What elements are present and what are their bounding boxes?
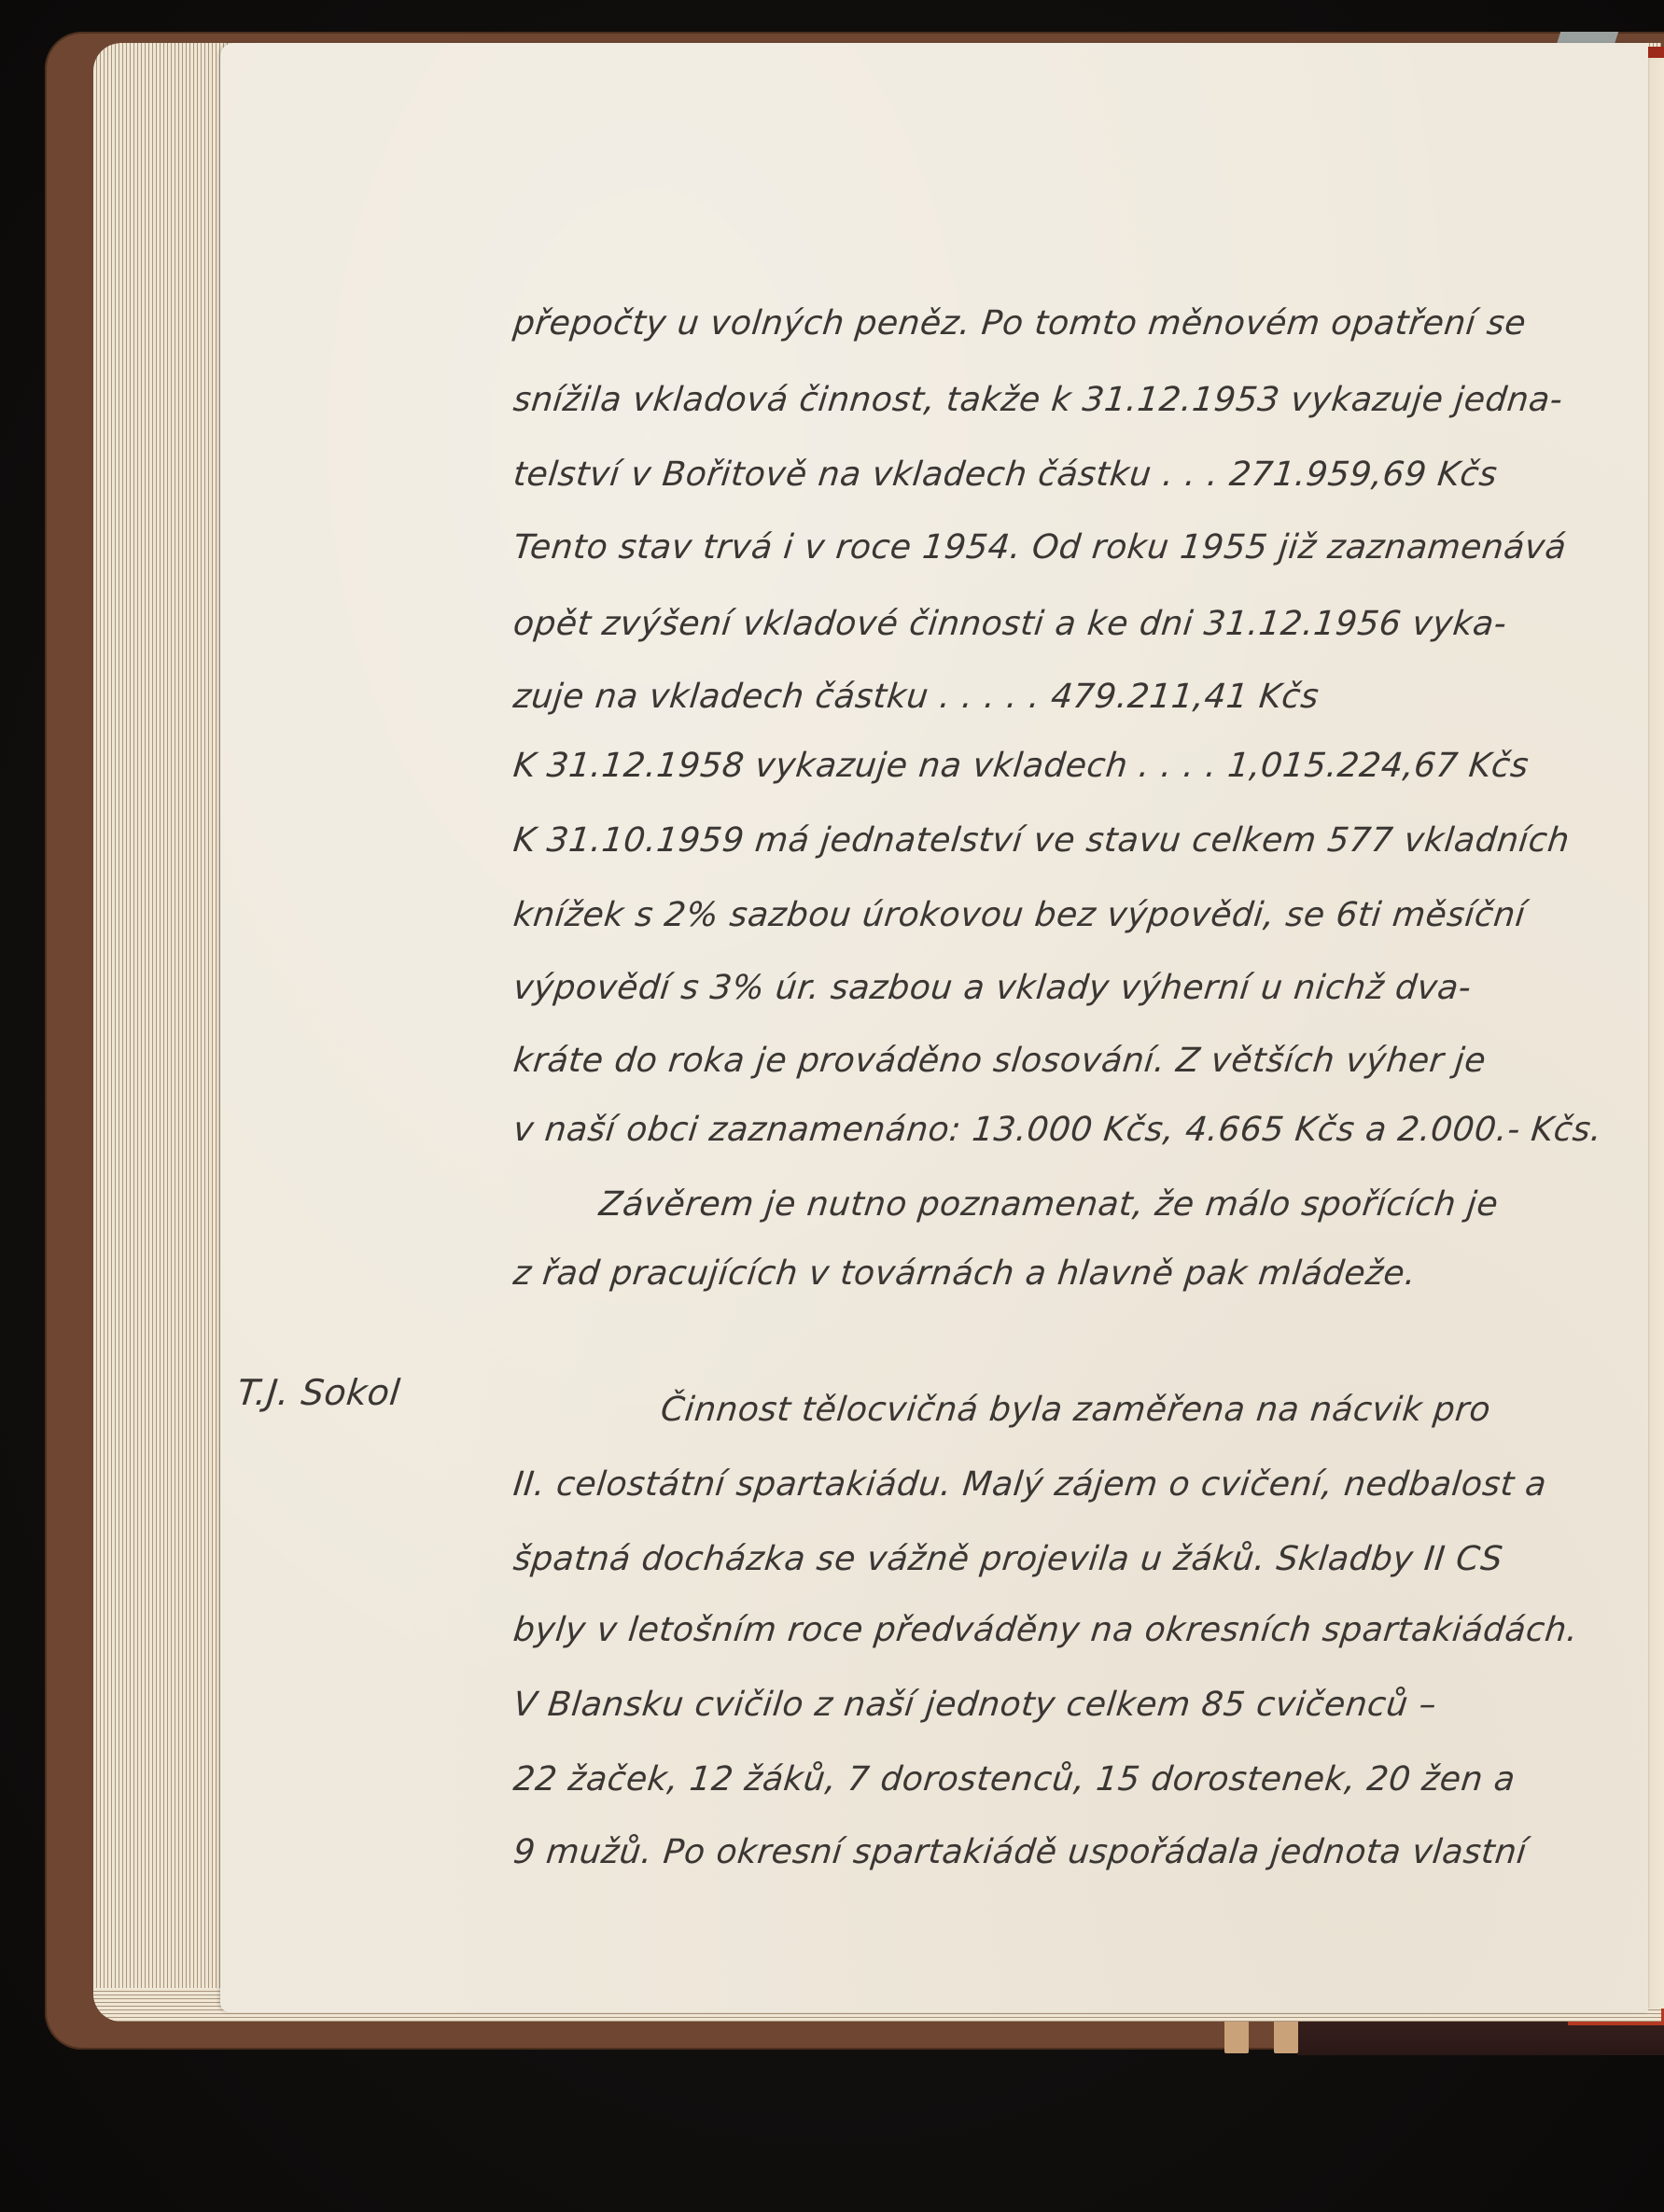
text-line: K 31.10.1959 má jednatelství ve stavu ce… [511,821,1572,860]
text-line: 22 žaček, 12 žáků, 7 dorostenců, 15 doro… [511,1760,1517,1799]
book-photo-scene: přepočty u volných peněz. Po tomto měnov… [0,0,1664,2212]
text-line: V Blansku cvičilo z naší jednoty celkem … [511,1686,1438,1724]
text-line: zuje na vkladech částku . . . . . 479.21… [511,678,1321,716]
text-line: byly v letošním roce předváděny na okres… [511,1611,1580,1649]
text-line: II. celostátní spartakiádu. Malý zájem o… [511,1465,1548,1504]
text-line: v naší obci zaznamenáno: 13.000 Kčs, 4.6… [511,1111,1604,1149]
text-line: knížek s 2% sazbou úrokovou bez výpovědi… [511,896,1527,934]
margin-note-sokol: T.J. Sokol [235,1372,402,1413]
text-line: kráte do roka je prováděno slosování. Z … [511,1042,1488,1080]
text-line: opět zvýšení vkladové činnosti a ke dni … [511,605,1508,643]
text-line: telství v Bořitově na vkladech částku . … [511,455,1499,494]
text-line: výpovědí s 3% úr. sazbou a vklady výhern… [511,969,1474,1007]
text-line: Činnost tělocvičná byla zaměřena na nácv… [659,1391,1492,1429]
text-line: K 31.12.1958 vykazuje na vkladech . . . … [511,747,1531,785]
text-line: Závěrem je nutno poznamenat, že málo spo… [597,1185,1500,1224]
text-line: 9 mužů. Po okresní spartakiádě uspořádal… [511,1833,1529,1871]
text-line: špatná docházka se vážně projevila u žák… [511,1540,1504,1578]
text-line: snížila vkladová činnost, takže k 31.12.… [511,381,1564,419]
text-line: Tento stav trvá i v roce 1954. Od roku 1… [511,528,1568,567]
text-line: přepočty u volných peněz. Po tomto měnov… [511,304,1528,343]
text-line: z řad pracujících v továrnách a hlavně p… [511,1254,1418,1293]
